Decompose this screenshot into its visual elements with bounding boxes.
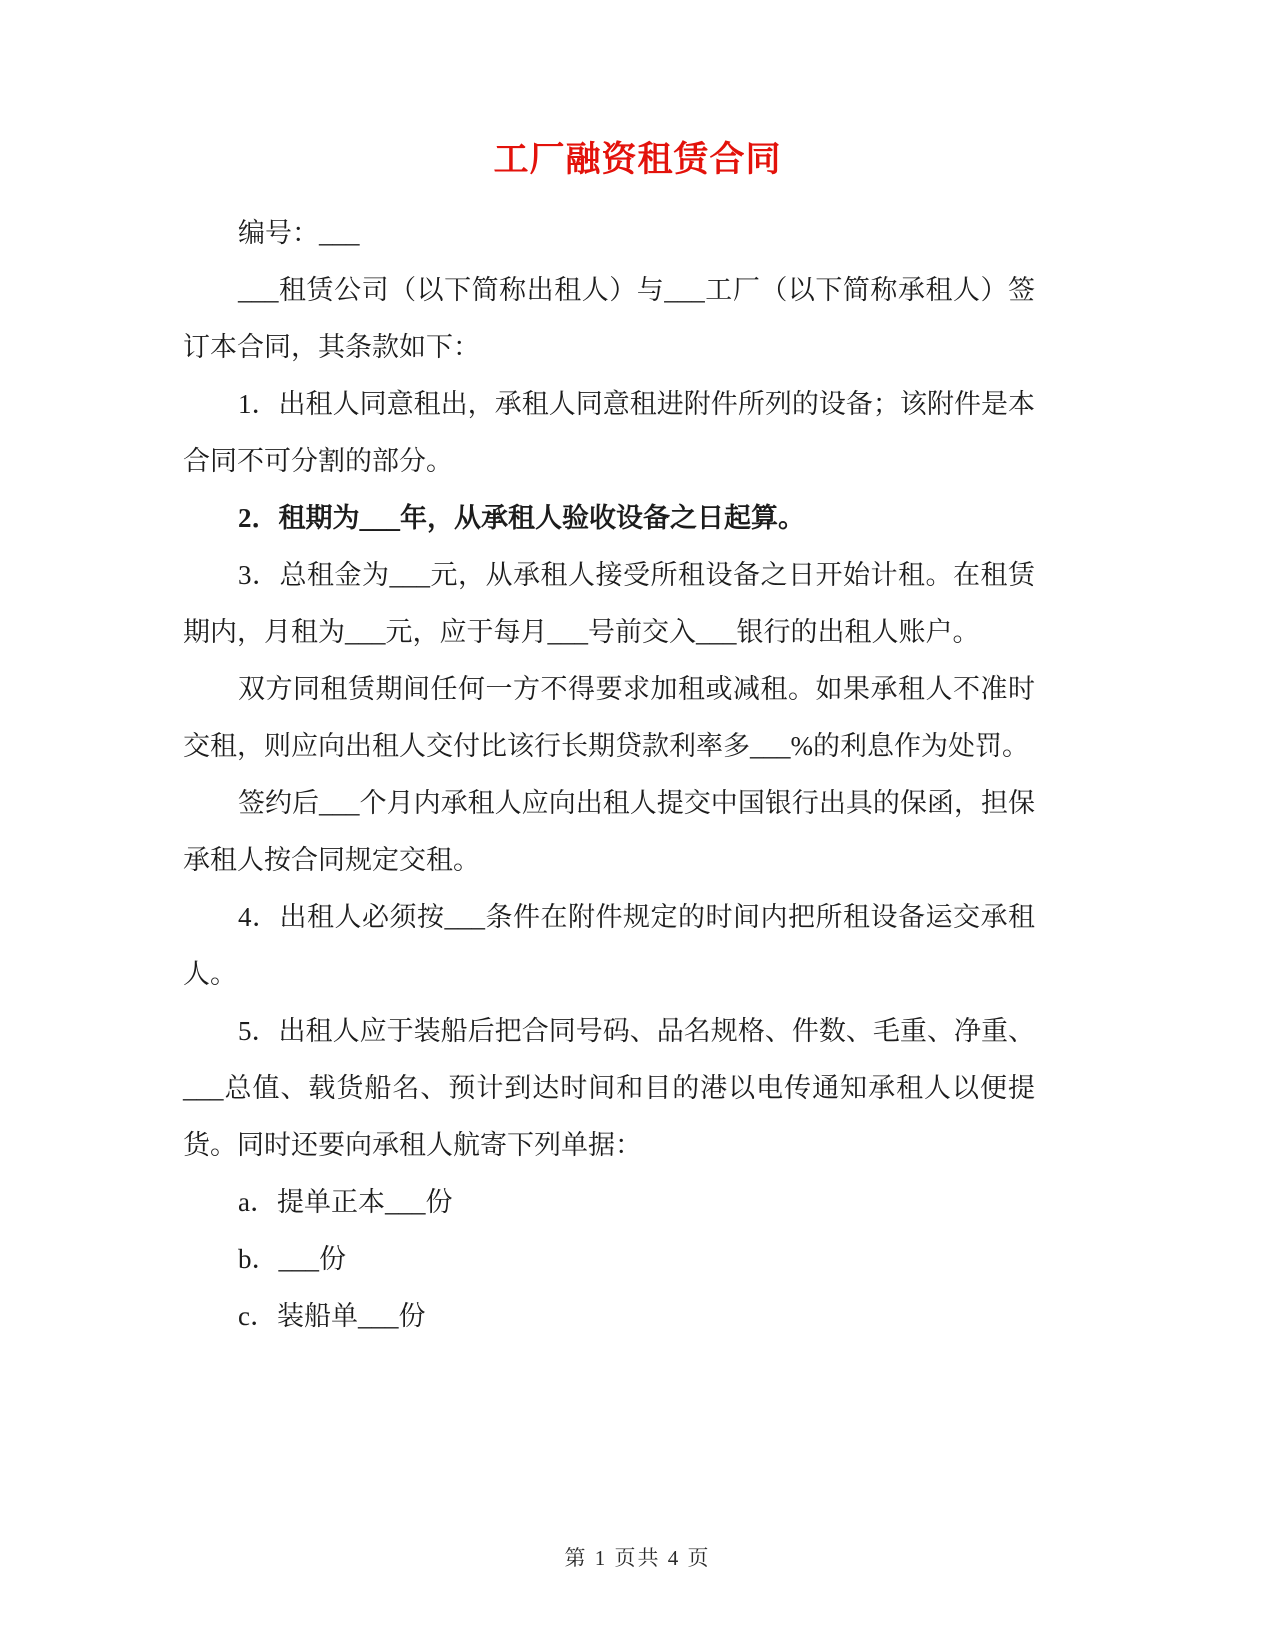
- paragraph: 2．租期为___年，从承租人验收设备之日起算。: [183, 490, 1035, 547]
- paragraph: 签约后___个月内承租人应向出租人提交中国银行出具的保函，担保承租人按合同规定交…: [183, 775, 1035, 889]
- paragraph: ___租赁公司（以下简称出租人）与___工厂（以下简称承租人）签订本合同，其条款…: [183, 262, 1035, 376]
- paragraph: c．装船单___份: [183, 1288, 1035, 1345]
- page-footer: 第 1 页共 4 页: [0, 1543, 1275, 1573]
- paragraph: a．提单正本___份: [183, 1174, 1035, 1231]
- page-title: 工厂融资租赁合同: [0, 138, 1275, 182]
- contract-page: 工厂融资租赁合同 编号：______租赁公司（以下简称出租人）与___工厂（以下…: [0, 0, 1275, 1650]
- paragraph: 4．出租人必须按___条件在附件规定的时间内把所租设备运交承租人。: [183, 889, 1035, 1003]
- paragraph: 3．总租金为___元，从承租人接受所租设备之日开始计租。在租赁期内，月租为___…: [183, 547, 1035, 661]
- paragraph: 双方同租赁期间任何一方不得要求加租或减租。如果承租人不准时交租，则应向出租人交付…: [183, 661, 1035, 775]
- paragraph: 5．出租人应于装船后把合同号码、品名规格、件数、毛重、净重、___总值、载货船名…: [183, 1003, 1035, 1174]
- paragraph: 编号：___: [183, 205, 1035, 262]
- paragraph: b．___份: [183, 1231, 1035, 1288]
- contract-body: 编号：______租赁公司（以下简称出租人）与___工厂（以下简称承租人）签订本…: [183, 205, 1035, 1345]
- paragraph: 1．出租人同意租出，承租人同意租进附件所列的设备；该附件是本合同不可分割的部分。: [183, 376, 1035, 490]
